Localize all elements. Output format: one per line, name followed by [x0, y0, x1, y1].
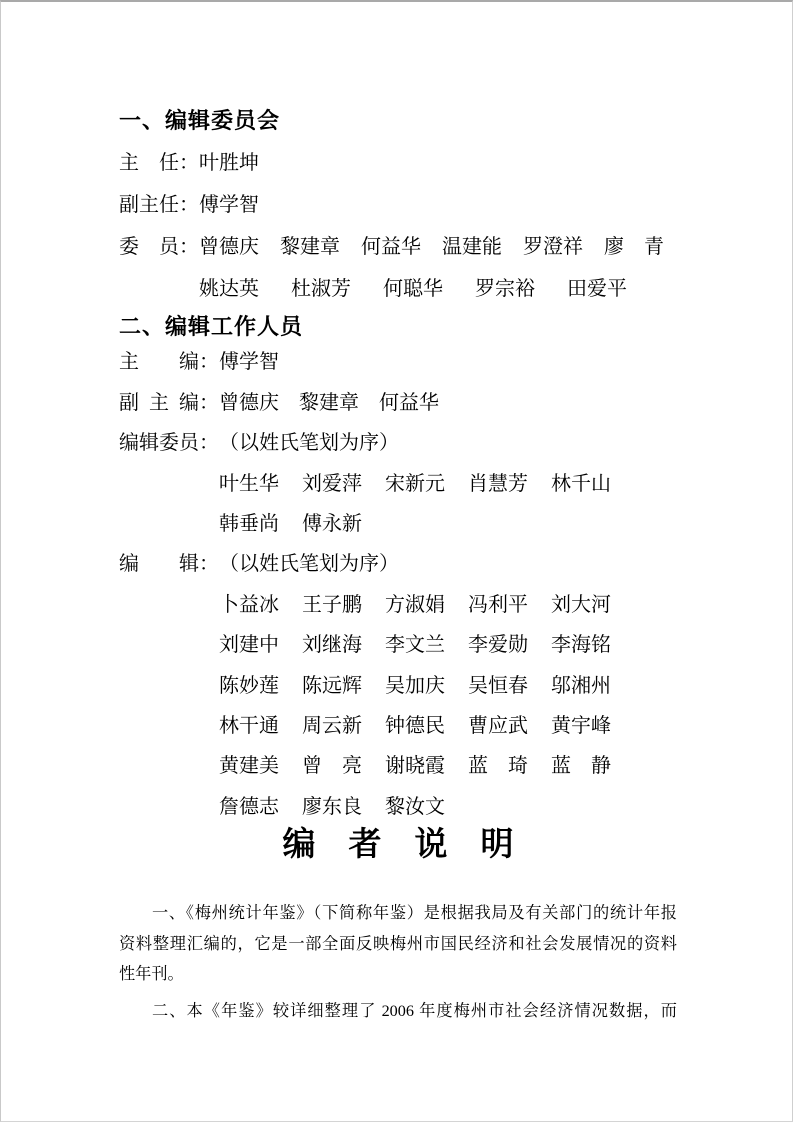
person-name: 方淑娟 [385, 585, 445, 625]
row-editorial-board: 编辑委员： （以姓氏笔划为序） [119, 423, 677, 464]
person-name: 黎建章 [299, 383, 359, 424]
row-label-editorial-board: 编辑委员： [119, 423, 219, 464]
paragraph-line: 资料整理汇编的，它是一部全面反映梅州市国民经济和社会发展情况的资料 [119, 929, 677, 960]
person-name: 李海铭 [551, 625, 611, 665]
person-name: 刘建中 [219, 625, 279, 665]
person-name: 田爱平 [567, 268, 627, 310]
person-name: 傅学智 [199, 184, 259, 226]
editorial-board-names-row: 韩垂尚 傅永新 [119, 504, 677, 544]
row-director: 主 任： 叶胜坤 [119, 142, 677, 184]
person-name: 李爱勋 [468, 625, 528, 665]
editors-names-row: 卜益冰 王子鹏 方淑娟 冯利平 刘大河 [119, 585, 677, 625]
paragraph-line: 二、本《年鉴》较详细整理了 2006 年度梅州市社会经济情况数据，而 [119, 996, 677, 1027]
person-name: 廖东良 [302, 787, 362, 827]
person-name: 叶胜坤 [199, 142, 259, 184]
person-name: 曾德庆 [219, 383, 279, 424]
row-label-editors: 编 辑： [119, 544, 219, 585]
person-name: 蓝 静 [551, 746, 611, 786]
sort-order-note: （以姓氏笔划为序） [219, 544, 399, 585]
person-name: 廖 青 [604, 226, 664, 268]
row-label-deputy-director: 副主任： [119, 184, 199, 226]
person-name: 黄宇峰 [551, 706, 611, 746]
person-name: 姚达英 [199, 268, 259, 310]
person-name: 黄建美 [219, 746, 279, 786]
person-name: 韩垂尚 [219, 504, 279, 544]
person-name: 林干通 [219, 706, 279, 746]
editorial-board-names-row: 叶生华 刘爱萍 宋新元 肖慧芳 林千山 [119, 464, 677, 504]
row-members-line-2: 姚达英 杜淑芳 何聪华 罗宗裕 田爱平 [119, 268, 677, 310]
person-name: 刘爱萍 [302, 464, 362, 504]
person-name: 叶生华 [219, 464, 279, 504]
person-name: 邬湘州 [551, 666, 611, 706]
paragraph-line: 一、《梅州统计年鉴》（下简称年鉴）是根据我局及有关部门的统计年报 [119, 898, 677, 929]
person-name: 何聪华 [383, 268, 443, 310]
editor-note-title: 编 者 说 明 [119, 824, 677, 864]
editors-names-row: 黄建美 曾 亮 谢晓霞 蓝 琦 蓝 静 [119, 746, 677, 786]
person-name: 詹德志 [219, 787, 279, 827]
editor-note-paragraph-2: 二、本《年鉴》较详细整理了 2006 年度梅州市社会经济情况数据，而 [119, 996, 677, 1027]
person-name: 陈远辉 [302, 666, 362, 706]
row-deputy-director: 副主任： 傅学智 [119, 184, 677, 226]
person-name: 钟德民 [385, 706, 445, 746]
person-name: 周云新 [302, 706, 362, 746]
editor-note-paragraph-1: 一、《梅州统计年鉴》（下简称年鉴）是根据我局及有关部门的统计年报 资料整理汇编的… [119, 898, 677, 990]
row-label-members: 委 员： [119, 226, 199, 268]
person-name: 肖慧芳 [468, 464, 528, 504]
section-heading-editorial-staff: 二、编辑工作人员 [119, 312, 677, 342]
person-name: 曾德庆 [199, 226, 259, 268]
document-page: 一、编辑委员会 主 任： 叶胜坤 副主任： 傅学智 委 员： 曾德庆 黎建章 何… [0, 0, 793, 1122]
person-name: 陈妙莲 [219, 666, 279, 706]
editors-names-row: 詹德志 廖东良 黎汝文 [119, 787, 677, 827]
person-name: 刘大河 [551, 585, 611, 625]
row-deputy-chief-editors: 副 主 编： 曾德庆 黎建章 何益华 [119, 383, 677, 424]
person-name: 吴加庆 [385, 666, 445, 706]
person-name: 刘继海 [302, 625, 362, 665]
editors-names-row: 刘建中 刘继海 李文兰 李爱勋 李海铭 [119, 625, 677, 665]
person-name: 黎汝文 [385, 787, 445, 827]
person-name: 卜益冰 [219, 585, 279, 625]
person-name: 曹应武 [468, 706, 528, 746]
person-name: 罗宗裕 [475, 268, 535, 310]
person-name: 李文兰 [385, 625, 445, 665]
sort-order-note: （以姓氏笔划为序） [219, 423, 399, 464]
row-chief-editor: 主 编： 傅学智 [119, 342, 677, 383]
person-name: 何益华 [379, 383, 439, 424]
row-label-chief-editor: 主 编： [119, 342, 219, 383]
row-label-director: 主 任： [119, 142, 199, 184]
row-members-line-1: 委 员： 曾德庆 黎建章 何益华 温建能 罗澄祥 廖 青 [119, 226, 677, 268]
person-name: 宋新元 [385, 464, 445, 504]
page-content: 一、编辑委员会 主 任： 叶胜坤 副主任： 傅学智 委 员： 曾德庆 黎建章 何… [119, 2, 677, 1026]
person-name: 冯利平 [468, 585, 528, 625]
person-name: 蓝 琦 [468, 746, 528, 786]
person-name: 何益华 [361, 226, 421, 268]
row-editors: 编 辑： （以姓氏笔划为序） [119, 544, 677, 585]
person-name: 黎建章 [280, 226, 340, 268]
section-heading-editorial-committee: 一、编辑委员会 [119, 106, 677, 136]
person-name: 杜淑芳 [291, 268, 351, 310]
paragraph-line: 性年刊。 [119, 959, 677, 990]
editors-names-row: 陈妙莲 陈远辉 吴加庆 吴恒春 邬湘州 [119, 666, 677, 706]
person-name: 罗澄祥 [523, 226, 583, 268]
person-name: 吴恒春 [468, 666, 528, 706]
person-name: 林千山 [551, 464, 611, 504]
person-name: 傅学智 [219, 342, 279, 383]
editors-names-row: 林干通 周云新 钟德民 曹应武 黄宇峰 [119, 706, 677, 746]
person-name: 曾 亮 [302, 746, 362, 786]
person-name: 王子鹏 [302, 585, 362, 625]
person-name: 谢晓霞 [385, 746, 445, 786]
row-label-deputy-chief-editors: 副 主 编： [119, 383, 219, 424]
person-name: 傅永新 [302, 504, 362, 544]
person-name: 温建能 [442, 226, 502, 268]
